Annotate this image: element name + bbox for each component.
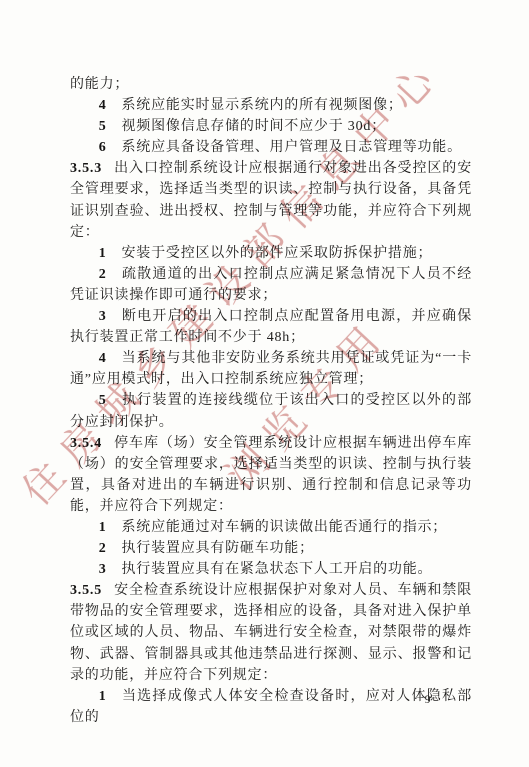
clause-paragraph: 3.5.5安全检查系统设计应根据保护对象对人员、车辆和禁限带物品的安全管理要求，… bbox=[70, 580, 472, 685]
paragraph-number: 1 bbox=[99, 246, 122, 261]
paragraph-text: 当选择成像式人体安全检查设备时，应对人体隐私部位的 bbox=[70, 689, 472, 725]
clause-paragraph: 3.5.3出入口控制系统设计应根据通行对象进出各受控区的安全管理要求，选择适当类… bbox=[70, 158, 472, 242]
paragraph-number: 5 bbox=[99, 393, 122, 408]
clause-paragraph: 3.5.4停车库（场）安全管理系统设计应根据车辆进出停车库（场）的安全管理要求，… bbox=[70, 433, 472, 517]
paragraph-number: 1 bbox=[99, 689, 122, 704]
list-item-paragraph: 4当系统与其他非安防业务系统共用凭证或凭证为“一卡通”应用模式时，出入口控制系统… bbox=[70, 348, 472, 390]
paragraph-text: 当系统与其他非安防业务系统共用凭证或凭证为“一卡通”应用模式时，出入口控制系统应… bbox=[70, 351, 472, 387]
paragraph-number: 3.5.4 bbox=[70, 436, 114, 451]
list-item-paragraph: 1安装于受控区以外的部件应采取防拆保护措施； bbox=[70, 243, 472, 264]
paragraph-number: 1 bbox=[99, 520, 122, 535]
paragraph-text: 系统应具备设备管理、用户管理及日志管理等功能。 bbox=[122, 140, 462, 155]
list-item-paragraph: 3执行装置应具有在紧急状态下人工开启的功能。 bbox=[70, 559, 472, 580]
list-item-paragraph: 2疏散通道的出入口控制点应满足紧急情况下人员不经凭证识读操作即可通行的要求； bbox=[70, 264, 472, 306]
paragraph-number: 6 bbox=[99, 140, 122, 155]
paragraph-text: 执行装置的连接线缆位于该出入口的受控区以外的部分应封闭保护。 bbox=[70, 393, 472, 429]
list-item-paragraph: 1当选择成像式人体安全检查设备时，应对人体隐私部位的 bbox=[70, 686, 472, 728]
paragraph-number: 3.5.5 bbox=[70, 583, 114, 598]
paragraph-text: 断电开启的出入口控制点应配置备用电源，并应确保执行装置正常工作时间不少于 48h… bbox=[70, 309, 472, 345]
paragraph-number: 4 bbox=[99, 98, 122, 113]
page-number: ·9· bbox=[414, 692, 441, 707]
page-number-right-dot: · bbox=[438, 693, 442, 705]
paragraph-text: 执行装置应具有在紧急状态下人工开启的功能。 bbox=[122, 562, 433, 577]
list-item-paragraph: 6系统应具备设备管理、用户管理及日志管理等功能。 bbox=[70, 137, 472, 158]
paragraph-text: 疏散通道的出入口控制点应满足紧急情况下人员不经凭证识读操作即可通行的要求； bbox=[70, 267, 472, 303]
paragraph-text: 安全检查系统设计应根据保护对象对人员、车辆和禁限带物品的安全管理要求，选择相应的… bbox=[70, 583, 472, 682]
paragraph-number: 3 bbox=[99, 562, 122, 577]
document-page: 的能力；4系统应能实时显示系统内的所有视频图像；5视频图像信息存储的时间不应少于… bbox=[0, 0, 529, 767]
list-item-paragraph: 4系统应能实时显示系统内的所有视频图像； bbox=[70, 95, 472, 116]
paragraph-text: 安装于受控区以外的部件应采取防拆保护措施； bbox=[122, 246, 433, 261]
document-body: 的能力；4系统应能实时显示系统内的所有视频图像；5视频图像信息存储的时间不应少于… bbox=[70, 74, 472, 728]
paragraph-number: 3 bbox=[99, 309, 122, 324]
page-number-left-dot: · bbox=[414, 693, 418, 705]
paragraph-number: 5 bbox=[99, 119, 122, 134]
paragraph-number: 2 bbox=[99, 267, 122, 282]
page-number-value: 9 bbox=[418, 692, 438, 706]
list-item-paragraph: 2执行装置应具有防砸车功能； bbox=[70, 538, 472, 559]
paragraph-number: 2 bbox=[99, 541, 122, 556]
paragraph-number: 3.5.3 bbox=[70, 161, 114, 176]
paragraph-text: 视频图像信息存储的时间不应少于 30d； bbox=[122, 119, 387, 134]
list-item-paragraph: 3断电开启的出入口控制点应配置备用电源，并应确保执行装置正常工作时间不少于 48… bbox=[70, 306, 472, 348]
paragraph-text: 系统应能实时显示系统内的所有视频图像； bbox=[122, 98, 403, 113]
paragraph-text: 系统应能通过对车辆的识读做出能否通行的指示； bbox=[122, 520, 448, 535]
paragraph-text: 出入口控制系统设计应根据通行对象进出各受控区的安全管理要求，选择适当类型的识读、… bbox=[70, 161, 472, 239]
paragraph-number: 4 bbox=[99, 351, 122, 366]
paragraph-text: 停车库（场）安全管理系统设计应根据车辆进出停车库（场）的安全管理要求，选择适当类… bbox=[70, 436, 472, 514]
paragraph-text: 执行装置应具有防砸车功能； bbox=[122, 541, 314, 556]
continuation-paragraph: 的能力； bbox=[70, 74, 472, 95]
list-item-paragraph: 5视频图像信息存储的时间不应少于 30d； bbox=[70, 116, 472, 137]
list-item-paragraph: 5执行装置的连接线缆位于该出入口的受控区以外的部分应封闭保护。 bbox=[70, 390, 472, 432]
paragraph-text: 的能力； bbox=[70, 77, 129, 92]
list-item-paragraph: 1系统应能通过对车辆的识读做出能否通行的指示； bbox=[70, 517, 472, 538]
